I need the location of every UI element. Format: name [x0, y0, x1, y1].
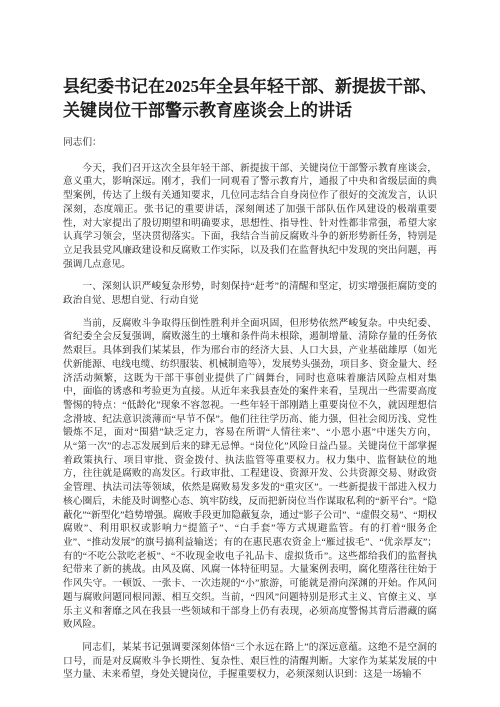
closing-paragraph: 同志们，某某书记强调要深刻体悟“三个永远在路上”的深远意蕴。这绝不是空洞的口号，…	[63, 641, 437, 682]
page-title: 县纪委书记在2025年全县年轻干部、新提拔干部、关键岗位干部警示教育座谈会上的讲…	[63, 75, 437, 123]
section-body-paragraph: 当前，反腐败斗争取得压倒性胜利并全面巩固，但形势依然严峻复杂。中央纪委、省纪委全…	[63, 317, 437, 632]
document-page: 县纪委书记在2025年全县年轻干部、新提拔干部、关键岗位干部警示教育座谈会上的讲…	[0, 0, 500, 707]
salutation: 同志们：	[63, 136, 437, 150]
intro-paragraph: 今天，我们召开这次全县年轻干部、新提拔干部、关键岗位干部警示教育座谈会，意义重大…	[63, 162, 437, 272]
section-heading: 一、深刻认识严峻复杂形势，时刻保持“赶考”的清醒和坚定，切实增强拒腐防变的政治自…	[63, 280, 437, 307]
